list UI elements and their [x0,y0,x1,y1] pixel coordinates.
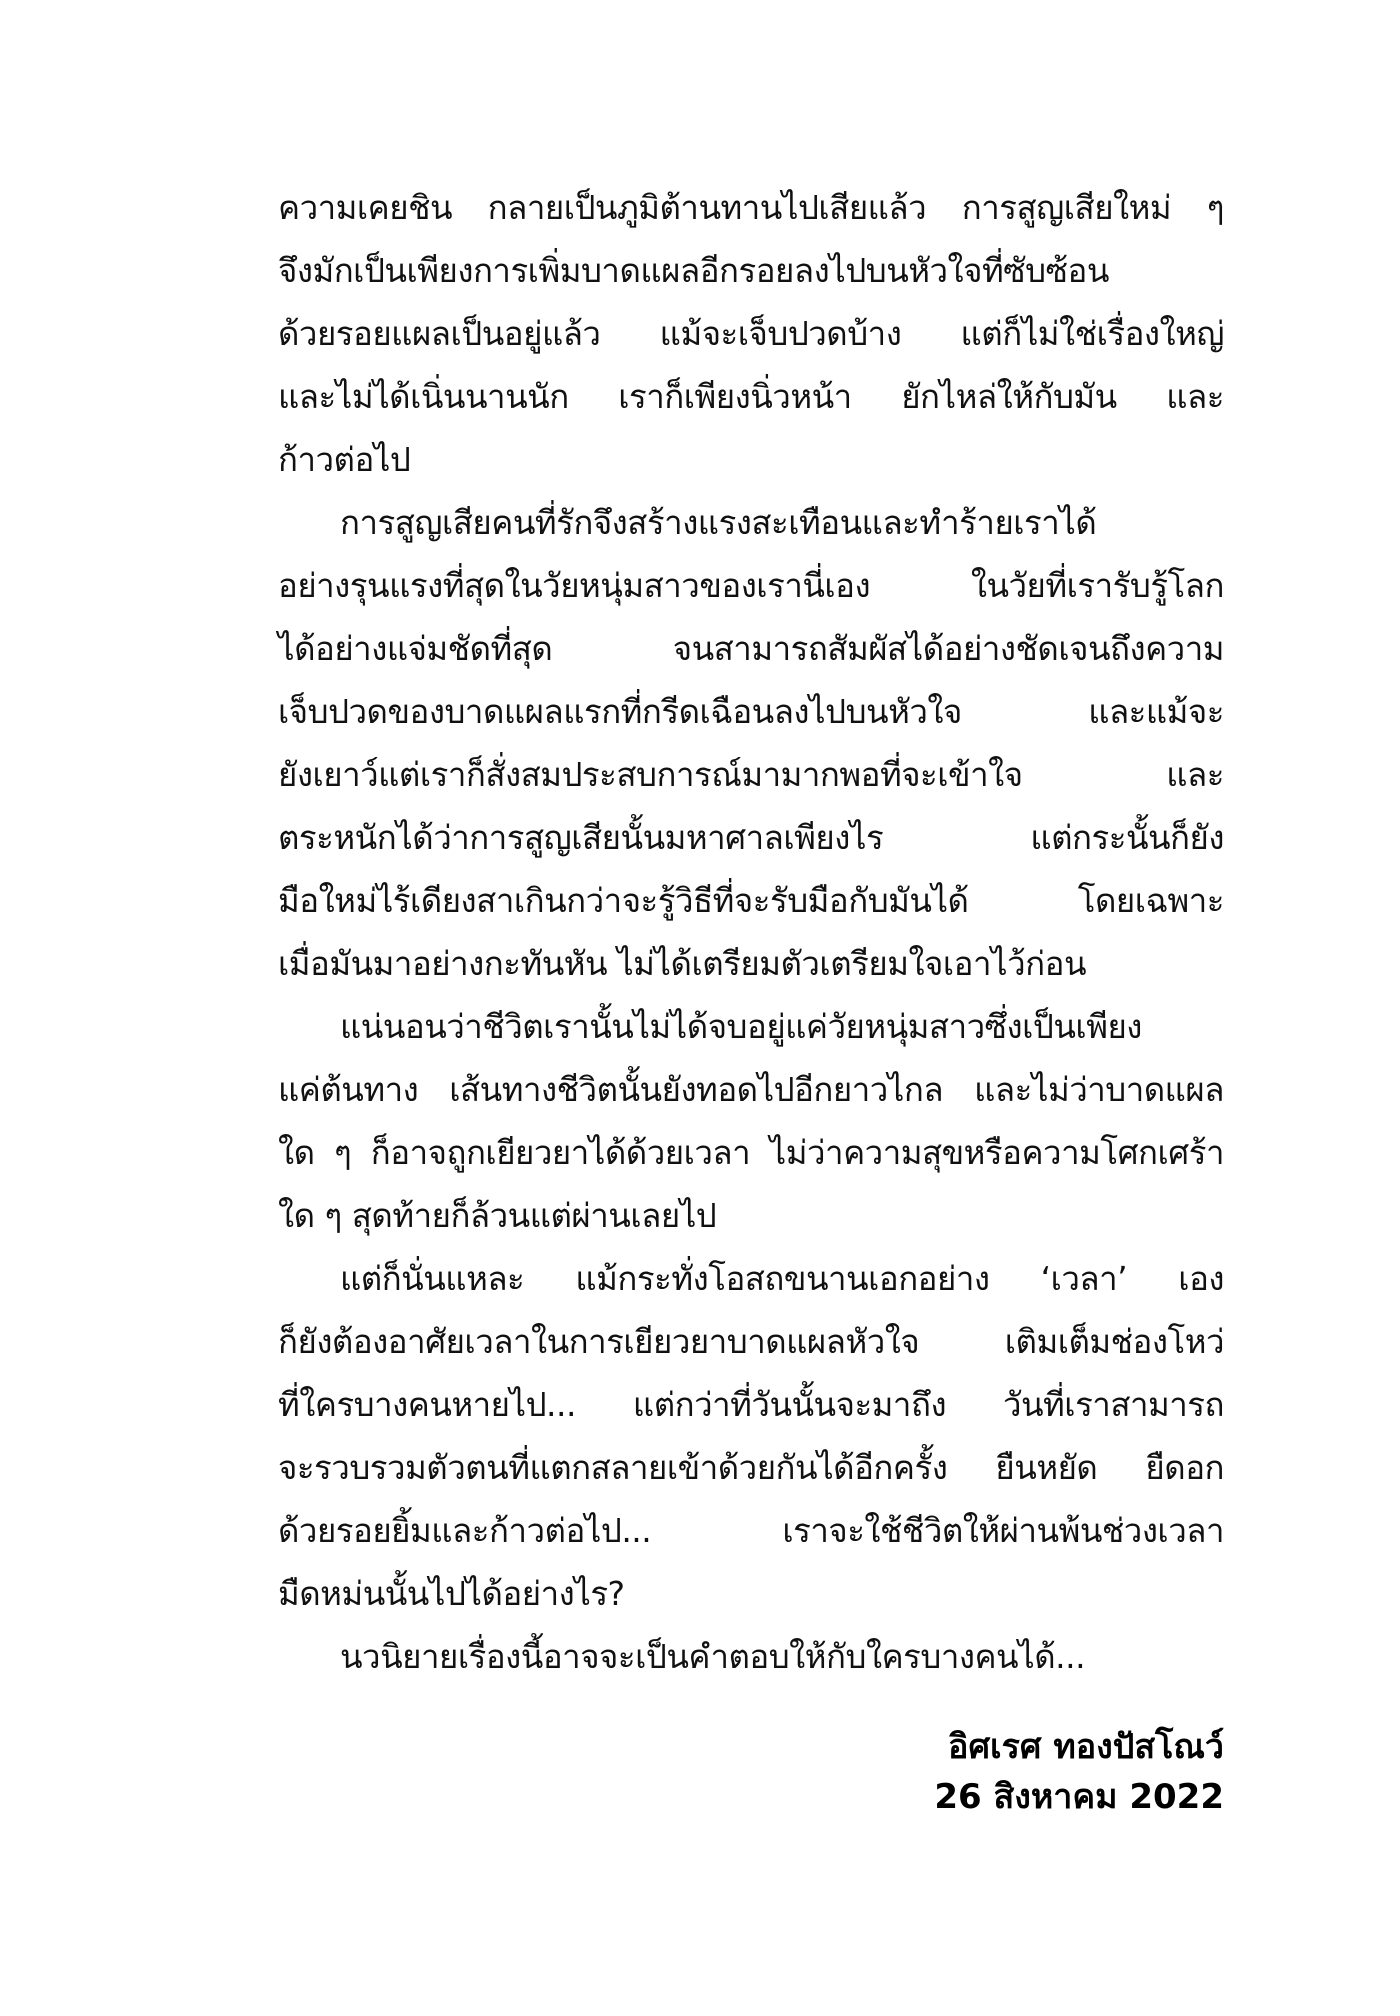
text-line: นวนิยายเรื่องนี้อาจจะเป็นคำตอบให้กับใครบ… [278,1625,1224,1688]
text-line: แค่ต้นทาง เส้นทางชีวิตนั้นยังทอดไปอีกยาว… [278,1058,1224,1121]
text-line: ยังเยาว์แต่เราก็สั่งสมประสบการณ์มามากพอท… [278,743,1224,806]
text-line: จะรวบรวมตัวตนที่แตกสลายเข้าด้วยกันได้อีก… [278,1436,1224,1499]
signature-block: อิศเรศ ทองปัสโณว์ 26 สิงหาคม 2022 [934,1722,1224,1822]
text-line: จึงมักเป็นเพียงการเพิ่มบาดแผลอีกรอยลงไปบ… [278,239,1224,302]
paragraph-5: นวนิยายเรื่องนี้อาจจะเป็นคำตอบให้กับใครบ… [278,1625,1224,1688]
text-line: มืดหม่นนั้นไปได้อย่างไร? [278,1562,1224,1625]
text-line: ใด ๆ ก็อาจถูกเยียวยาได้ด้วยเวลา ไม่ว่าคว… [278,1121,1224,1184]
paragraph-1: ความเคยชิน กลายเป็นภูมิต้านทานไปเสียแล้ว… [278,176,1224,491]
text-line: มือใหม่ไร้เดียงสาเกินกว่าจะรู้วิธีที่จะร… [278,869,1224,932]
text-line: เมื่อมันมาอย่างกะทันหัน ไม่ได้เตรียมตัวเ… [278,932,1224,995]
text-line: ด้วยรอยยิ้มและก้าวต่อไป... เราจะใช้ชีวิต… [278,1499,1224,1562]
text-line: ตระหนักได้ว่าการสูญเสียนั้นมหาศาลเพียงไร… [278,806,1224,869]
text-line: ด้วยรอยแผลเป็นอยู่แล้ว แม้จะเจ็บปวดบ้าง … [278,302,1224,365]
author-name: อิศเรศ ทองปัสโณว์ [934,1722,1224,1772]
text-line: และไม่ได้เนิ่นนานนัก เราก็เพียงนิ่วหน้า … [278,365,1224,428]
text-line: การสูญเสียคนที่รักจึงสร้างแรงสะเทือนและท… [278,491,1224,554]
text-line: แน่นอนว่าชีวิตเรานั้นไม่ได้จบอยู่แค่วัยห… [278,995,1224,1058]
paragraph-3: แน่นอนว่าชีวิตเรานั้นไม่ได้จบอยู่แค่วัยห… [278,995,1224,1247]
text-line: เจ็บปวดของบาดแผลแรกที่กรีดเฉือนลงไปบนหัว… [278,680,1224,743]
signature-date: 26 สิงหาคม 2022 [934,1772,1224,1822]
paragraph-2: การสูญเสียคนที่รักจึงสร้างแรงสะเทือนและท… [278,491,1224,995]
text-line: แต่ก็นั่นแหละ แม้กระทั่งโอสถขนานเอกอย่าง… [278,1247,1224,1310]
text-line: อย่างรุนแรงที่สุดในวัยหนุ่มสาวของเรานี่เ… [278,554,1224,617]
paragraph-4: แต่ก็นั่นแหละ แม้กระทั่งโอสถขนานเอกอย่าง… [278,1247,1224,1625]
document-body: ความเคยชิน กลายเป็นภูมิต้านทานไปเสียแล้ว… [278,176,1224,1688]
text-line: ก้าวต่อไป [278,428,1224,491]
text-line: ใด ๆ สุดท้ายก็ล้วนแต่ผ่านเลยไป [278,1184,1224,1247]
text-line: ได้อย่างแจ่มชัดที่สุด จนสามารถสัมผัสได้อ… [278,617,1224,680]
text-line: ความเคยชิน กลายเป็นภูมิต้านทานไปเสียแล้ว… [278,176,1224,239]
text-line: ที่ใครบางคนหายไป... แต่กว่าที่วันนั้นจะม… [278,1373,1224,1436]
text-line: ก็ยังต้องอาศัยเวลาในการเยียวยาบาดแผลหัวใ… [278,1310,1224,1373]
